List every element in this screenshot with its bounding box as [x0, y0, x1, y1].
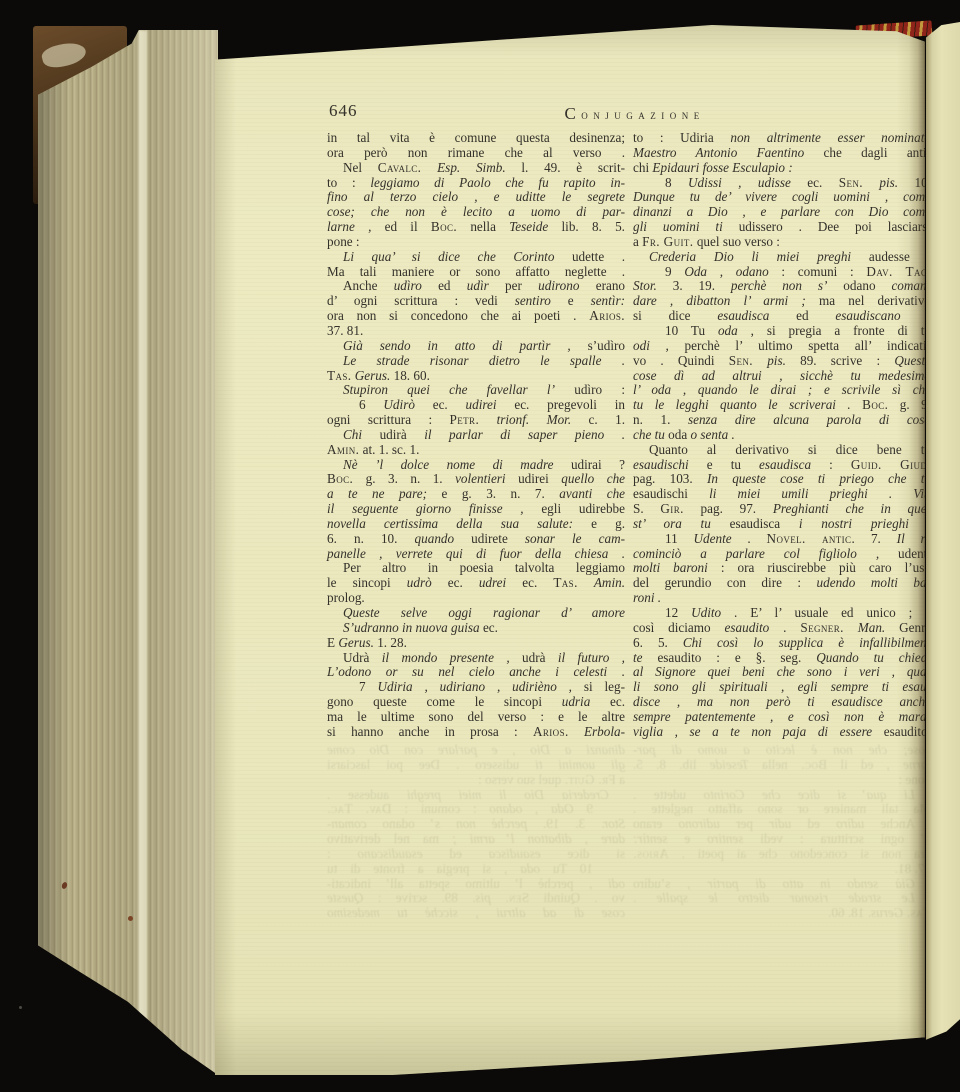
text-line: pag. 103. In queste cose ti priego che t… [633, 472, 931, 487]
text-line: odi , perchè l’ ultimo spetta all’ indic… [327, 877, 625, 892]
left-column: in tal vita è comune questa desinenza;or… [327, 131, 625, 740]
gutter-shadow [909, 25, 925, 1075]
text-line: 10 Tu oda , si pregia a fronte di tu [633, 324, 931, 339]
text-line: Anche udìro ed udìr per udirono erano [633, 817, 931, 832]
text-line: si hanno anche in prosa : Arios. Erbola- [327, 725, 625, 740]
facing-page-edge [926, 20, 960, 1048]
text-line: tu le legghi quanto le scriverai . Boc. … [633, 398, 931, 413]
text-line: L’odono or su nel cielo anche i celesti … [327, 665, 625, 680]
text-line: Anche udìro ed udìr per udirono erano [327, 279, 625, 294]
text-line: ma le ultime sono del verso : e le altre [327, 710, 625, 725]
text-line: Li qua’ si dice che Corinto udette . [327, 250, 625, 265]
text-line: Boc. g. 3. n. 1. volentieri udirei quell… [327, 472, 625, 487]
text-line: ora non si concedono che ai poeti . Ario… [633, 847, 931, 862]
text-line: 6. n. 10. quando udirete sonar le cam- [327, 532, 625, 547]
text-columns: in tal vita è comune questa desinenza;or… [327, 131, 931, 740]
text-line: Stupiron quei che favellar l’ udìro : [327, 383, 625, 398]
text-line: Nè ’l dolce nome di madre udirai ? [327, 458, 625, 473]
text-line: Ma tali maniere or sono affatto neglette… [633, 802, 931, 817]
text-line: esaudischi e tu esaudisca : Guid. Giud. [633, 458, 931, 473]
text-line: a Fr. Guit. quel suo verso : [633, 235, 931, 250]
text-line: Amin. at. 1. sc. 1. [327, 443, 625, 458]
text-line: chi Epidauri fosse Esculapio : [633, 161, 931, 176]
text-line: cose dì ad altrui , sicchè tu medesimo [327, 906, 625, 921]
ghost-column-left: cose; che non è lecito a uomo di par-lar… [633, 743, 931, 921]
text-line: il seguente giorno finisse , egli udireb… [327, 502, 625, 517]
text-line: gli uomini ti udissero . Dee poi lasciar… [327, 758, 625, 773]
text-line: Per altro in poesia talvolta leggiamo [327, 561, 625, 576]
text-line: 8 Udissi , udisse ec. Sen. pis. 10. [633, 176, 931, 191]
text-line: cominciò a parlare col figliolo , udenti [633, 547, 931, 562]
text-line: l’ oda , quando le dirai ; e scrivile sì… [633, 383, 931, 398]
text-line: in tal vita è comune questa desinenza; [327, 131, 625, 146]
bleed-through-text: cose; che non è lecito a uomo di par-lar… [327, 743, 931, 923]
text-line: 9 Oda , odano : comuni : Dav. Tac. [327, 802, 625, 817]
text-line: Le strade risonar dietro le spalle . [633, 891, 931, 906]
text-line: 7 Udiria , udiriano , udirièno , si leg- [327, 680, 625, 695]
text-line: Li qua’ si dice che Corinto udette . [633, 788, 931, 803]
text-line: così diciamo esaudito . Segner. Man. Gen… [633, 621, 931, 636]
text-line: esaudischi li miei umili prieghi . Vit. [633, 487, 931, 502]
text-line: 37. 81. [327, 324, 625, 339]
page-header: 646 Conjugazione [327, 101, 931, 123]
text-line: cose; che non è lecito a uomo di par- [327, 205, 625, 220]
text-line: Stor. 3. 19. perchè non s’ odano coman- [327, 817, 625, 832]
text-line: ogni scrittura : Petr. trionf. Mor. c. 1… [327, 413, 625, 428]
text-line: dinanzi a Dio , e parlare con Dio come [327, 743, 625, 758]
text-line: Tas. Gerus. 18. 60. [327, 369, 625, 384]
text-line: d’ ogni scrittura : vedi sentiro e sentì… [633, 832, 931, 847]
text-line: to : Udiria non altrimente esser nominat… [633, 131, 931, 146]
text-line: molti baroni : ora riuscirebbe più caro … [633, 561, 931, 576]
text-line: 37. 81. [633, 862, 931, 877]
text-line: le sincopi udrò ec. udrei ec. Tas. Amin. [327, 576, 625, 591]
text-line: 10 Tu oda , si pregia a fronte di tu [327, 862, 625, 877]
text-line: panelle , verrete qui di fuor della chie… [327, 547, 625, 562]
text-line: Le strade risonar dietro le spalle . [327, 354, 625, 369]
printed-content: 646 Conjugazione in tal vita è comune qu… [327, 101, 931, 740]
text-line: Stor. 3. 19. perchè non s’ odano coman- [633, 279, 931, 294]
text-line: to : leggiamo di Paolo che fu rapito in- [327, 176, 625, 191]
paper-speck [128, 916, 133, 921]
text-line: Crederia Dio li miei preghi audesse . [327, 788, 625, 803]
text-line: S’udranno in nuova guisa ec. [327, 621, 625, 636]
text-line: prolog. [327, 591, 625, 606]
ghost-column-right: dinanzi a Dio , e parlare con Dio comegl… [327, 743, 625, 921]
text-line: Quanto al derivativo si dice bene tu [633, 443, 931, 458]
text-line: viglia , se a te non paja di essere esau… [633, 725, 931, 740]
text-line: novella certissima della sua salute: e g… [327, 517, 625, 532]
text-line: ora però non rimane che al verso . [327, 146, 625, 161]
text-line: n. 1. senza dire alcuna parola di cosa [633, 413, 931, 428]
text-line: disce , ma non però ti esaudisce anche [633, 695, 931, 710]
book-page: cose; che non è lecito a uomo di par-lar… [215, 25, 925, 1075]
text-line: gono queste come le sincopi udria ec. [327, 695, 625, 710]
text-line: Udrà il mondo presente , udrà il futuro … [327, 651, 625, 666]
text-line: dare , dibatton l’ armi ; ma nel derivat… [327, 832, 625, 847]
text-line: vo . Quindi Sen. pis. 89. scrive : Quest… [633, 354, 931, 369]
paper-speck [19, 1006, 22, 1009]
text-line: Ma tali maniere or sono affatto neglette… [327, 265, 625, 280]
text-line: roni . [633, 591, 931, 606]
right-column: to : Udiria non altrimente esser nominat… [633, 131, 931, 740]
text-line: d’ ogni scrittura : vedi sentiro e sentì… [327, 294, 625, 309]
text-line: ora non si concedono che ai poeti . Ario… [327, 309, 625, 324]
text-line: fino al terzo cielo , e uditte le segret… [327, 190, 625, 205]
text-line: sempre patentemente , e così non è mara- [633, 710, 931, 725]
text-line: st’ ora tu esaudisca i nostri prieghi . [633, 517, 931, 532]
text-line: a te ne pare; e g. 3. n. 7. avanti che [327, 487, 625, 502]
text-line: 12 Udito . E’ l’ usuale ed unico ; e [633, 606, 931, 621]
text-line: che tu oda o senta . [633, 428, 931, 443]
text-line: dinanzi a Dio , e parlare con Dio come [633, 205, 931, 220]
text-line: Già sendo in atto di partìr , s’udìro [327, 339, 625, 354]
text-line: S. Gir. pag. 97. Preghianti che in que- [633, 502, 931, 517]
text-line: si dice esaudisca ed esaudiscano : [327, 847, 625, 862]
text-line: 11 Udente . Novel. antic. 7. Il re [633, 532, 931, 547]
text-line: Maestro Antonio Faentino che dagli anti- [633, 146, 931, 161]
text-line: te esaudito : e §. seg. Quando tu chiedi [633, 651, 931, 666]
page-number: 646 [329, 101, 358, 121]
text-line: pone : [633, 773, 931, 788]
text-line: cose dì ad altrui , sicchè tu medesimo [633, 369, 931, 384]
text-line: larne , ed il Boc. nella Teseide lib. 8.… [327, 220, 625, 235]
text-line: al Signore quei beni che sono i veri , q… [633, 665, 931, 680]
text-line: pone : [327, 235, 625, 250]
text-line: vo . Quindi Sen. pis. 89. scrive : Quest… [327, 891, 625, 906]
text-line: odi , perchè l’ ultimo spetta all’ indic… [633, 339, 931, 354]
text-line: E Gerus. 1. 28. [327, 636, 625, 651]
running-head: Conjugazione [564, 104, 704, 124]
text-line: a Fr. Guit. quel suo verso : [327, 773, 625, 788]
text-line: 6 Udirò ec. udirei ec. pregevoli in [327, 398, 625, 413]
text-line: Già sendo in atto di partìr , s’udìro [633, 877, 931, 892]
text-line: li sono gli spirituali , egli sempre ti … [633, 680, 931, 695]
text-line: 9 Oda , odano : comuni : Dav. Tac. [633, 265, 931, 280]
text-line: 6. 5. Chi così lo supplica è infallibilm… [633, 636, 931, 651]
text-line: Chi udirà il parlar di saper pieno . [327, 428, 625, 443]
text-line: Dunque tu de’ vivere cogli uomini , come [633, 190, 931, 205]
text-line: del gerundio con dire : udendo molti ba- [633, 576, 931, 591]
text-line: si dice esaudisca ed esaudiscano : [633, 309, 931, 324]
text-line: Tas. Gerus. 18. 60. [633, 906, 931, 921]
text-line: cose; che non è lecito a uomo di par- [633, 743, 931, 758]
book-scan-photo: cose; che non è lecito a uomo di par-lar… [0, 0, 960, 1092]
text-line: Nel Cavalc. Esp. Simb. l. 49. è scrit- [327, 161, 625, 176]
text-line: gli uomini ti udissero . Dee poi lasciar… [633, 220, 931, 235]
text-line: dare , dibatton l’ armi ; ma nel derivat… [633, 294, 931, 309]
text-line: Queste selve oggi ragionar d’ amore [327, 606, 625, 621]
text-line: Crederia Dio li miei preghi audesse . [633, 250, 931, 265]
text-line: larne , ed il Boc. nella Teseide lib. 8.… [633, 758, 931, 773]
